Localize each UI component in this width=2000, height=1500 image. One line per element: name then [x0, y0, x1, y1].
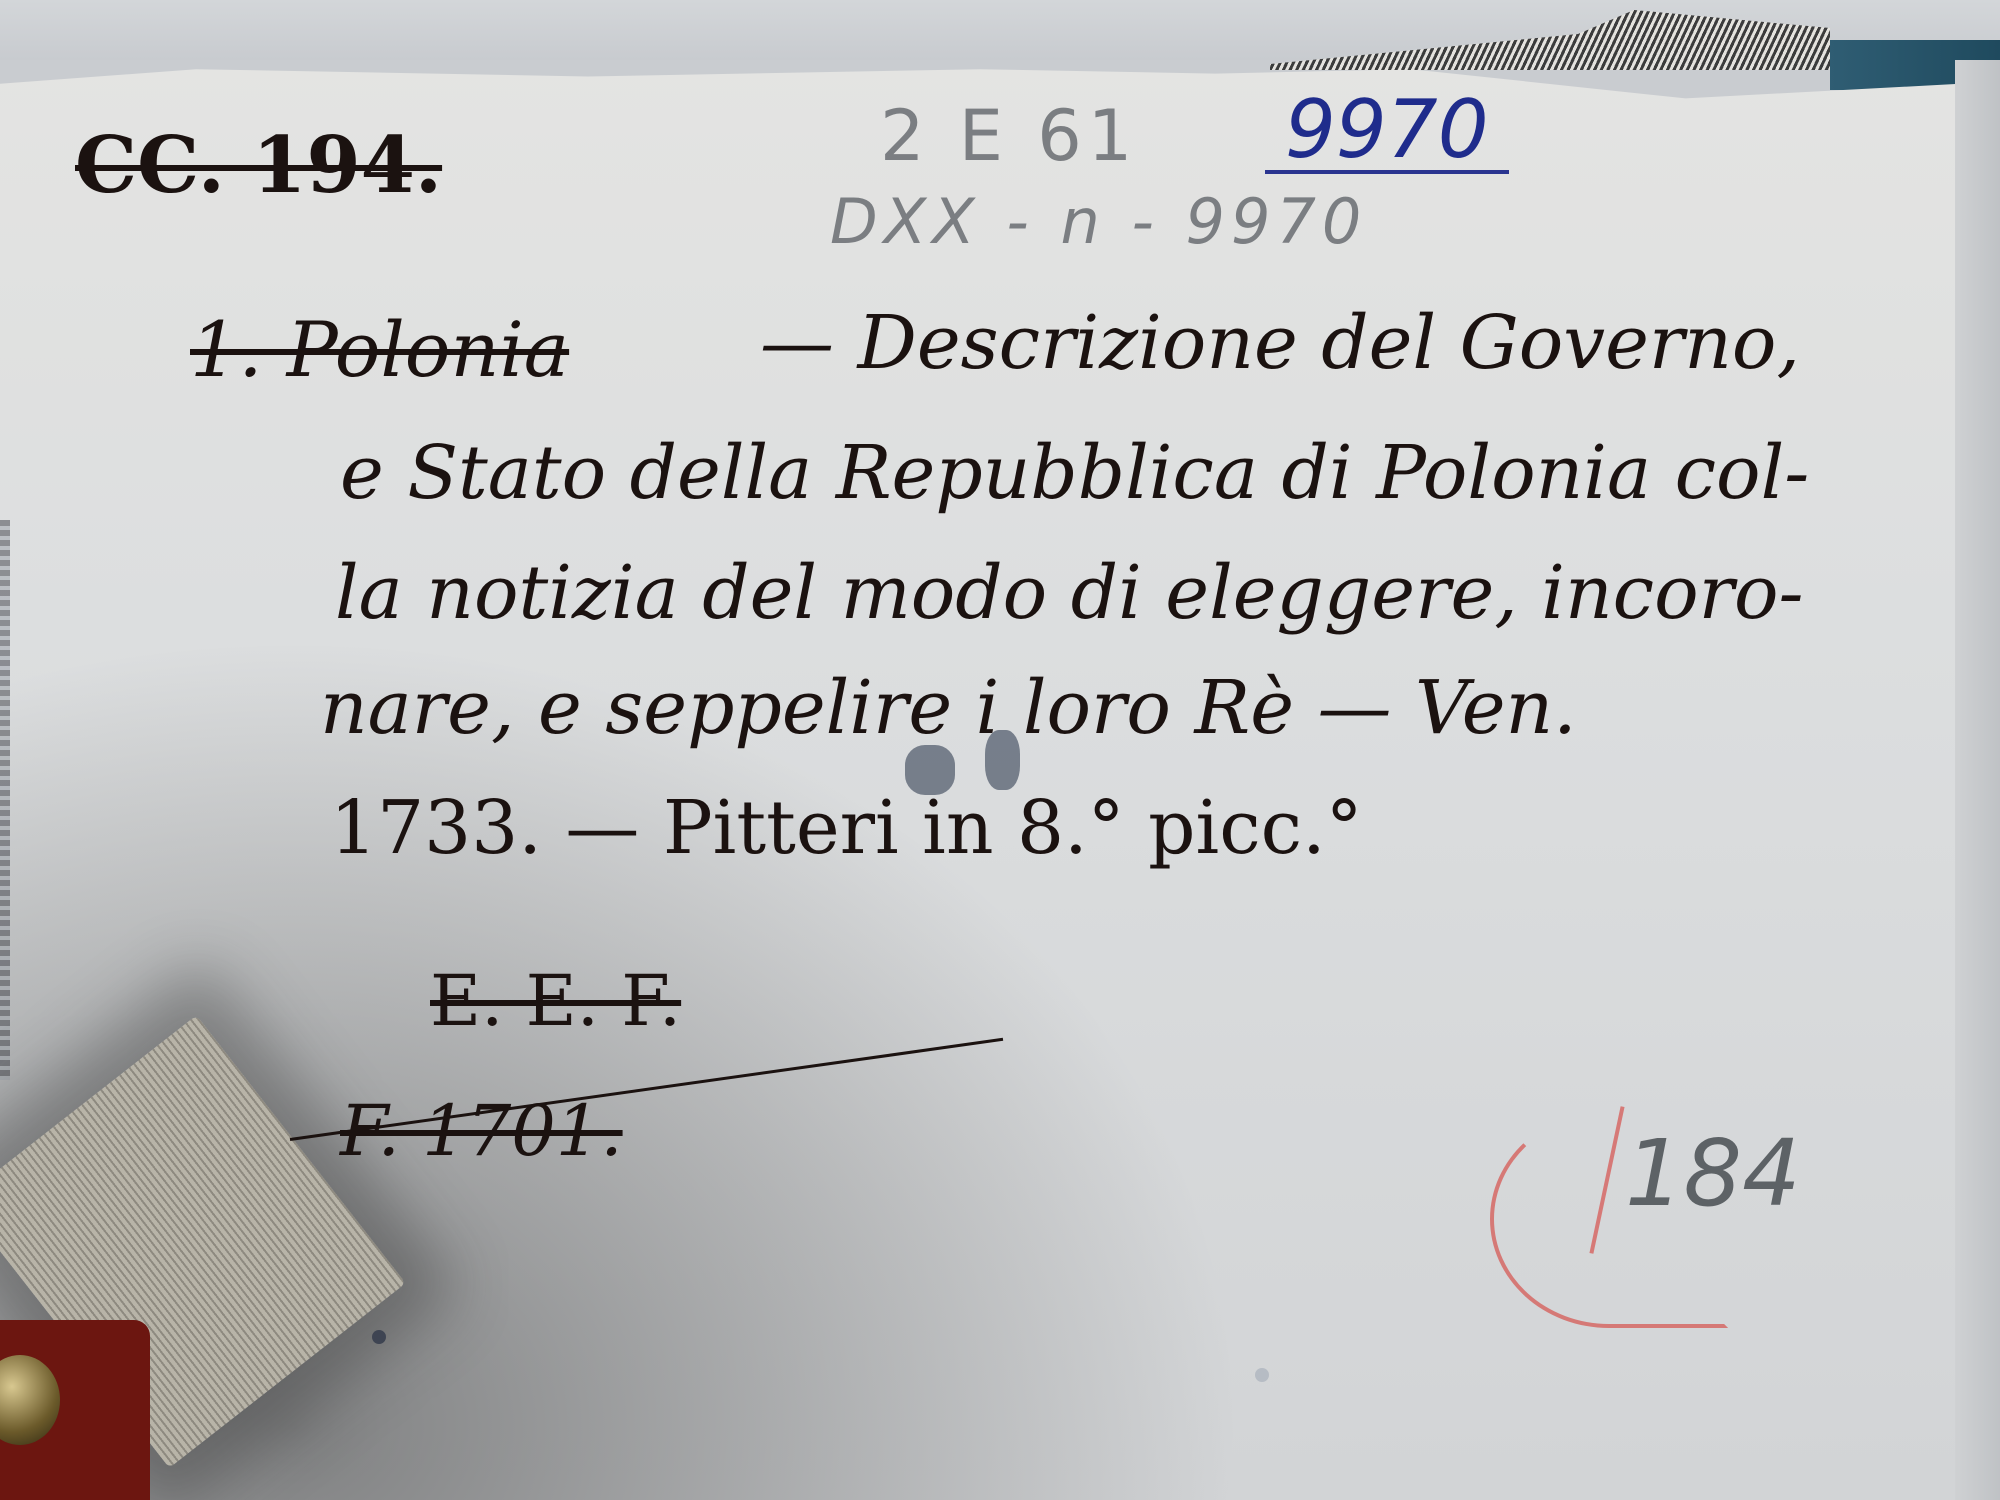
blue-shelfmark: 9970: [1265, 90, 1509, 174]
title-line-4: nare, e seppelire i loro Rè — Ven.: [320, 665, 1577, 751]
title-line-3: la notizia del modo di eleggere, incoro-: [335, 550, 1804, 636]
crossed-out-code: CC. 194.: [75, 120, 442, 211]
page-fold: [1955, 60, 2000, 1500]
old-shelfmark: DXX - n - 9970: [830, 185, 1367, 258]
binding-edge: [0, 520, 10, 1080]
page-number: 184: [1625, 1120, 1801, 1227]
ink-blot: [905, 745, 955, 795]
pencil-shelfmark: 2 E 61: [880, 95, 1138, 177]
crossed-mark-1: E. E. F.: [430, 960, 681, 1042]
title-line-2: e Stato della Repubblica di Polonia col-: [340, 430, 1809, 516]
pinhole: [372, 1330, 386, 1344]
pinhole: [1255, 1368, 1269, 1382]
entry-prefix: 1. Polonia: [190, 305, 569, 394]
imprint-line: 1733. — Pitteri in 8.° picc.°: [330, 785, 1363, 871]
ink-blot: [985, 730, 1020, 790]
title-line-1: — Descrizione del Governo,: [760, 300, 1800, 386]
crossed-mark-2: F. 1701.: [340, 1090, 623, 1172]
